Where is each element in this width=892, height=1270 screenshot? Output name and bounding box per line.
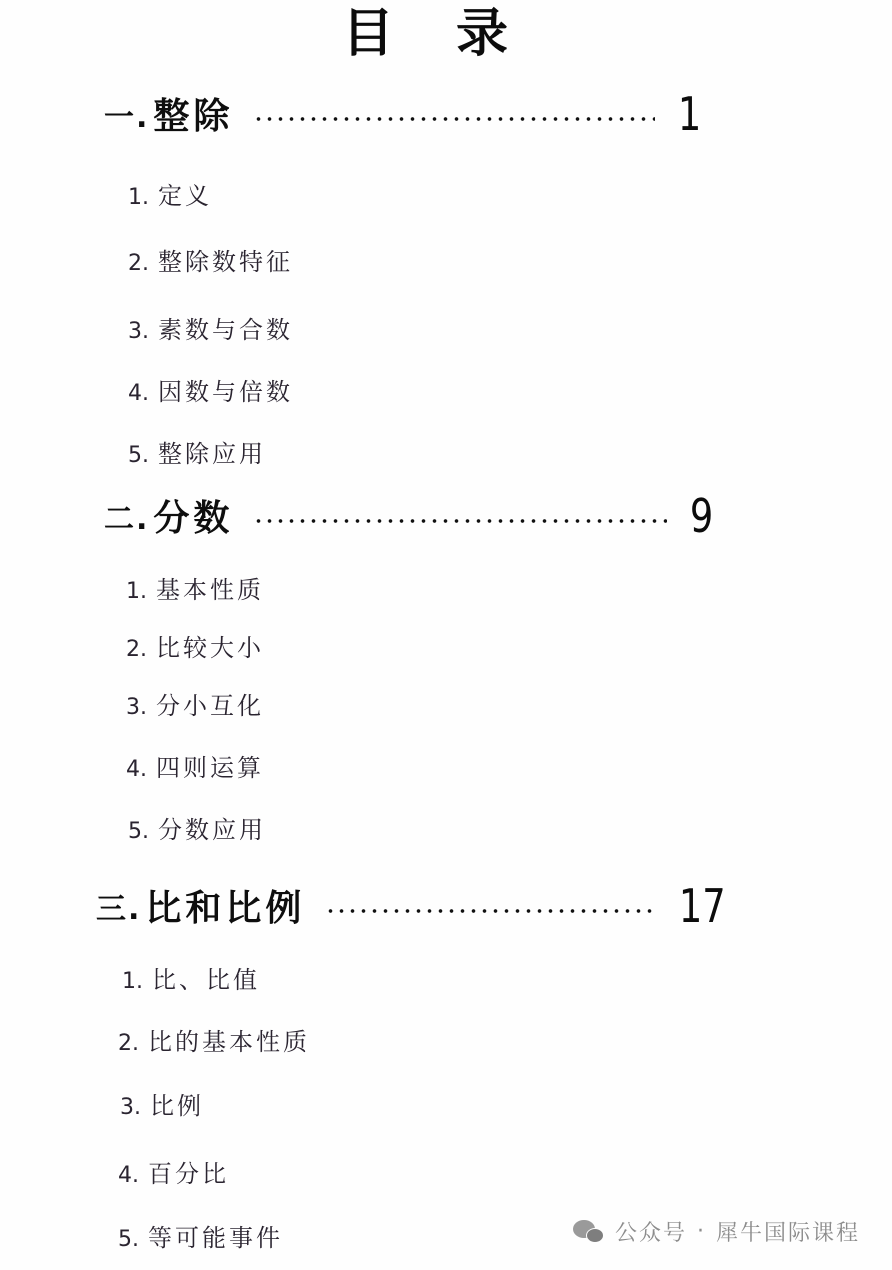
toc-item: 1. 比、比值 <box>122 960 260 995</box>
section-title: 比和比例 <box>145 880 305 931</box>
watermark-account: 犀牛国际课程 <box>716 1216 860 1247</box>
section-number: 二. <box>104 494 149 538</box>
section-heading-3: 三. 比和比例 17 <box>96 880 732 931</box>
section-heading-1: 一. 整除 1 <box>104 88 704 139</box>
page-title: 目 录 <box>0 2 892 66</box>
toc-item: 4. 因数与倍数 <box>128 372 293 407</box>
toc-item: 1. 定义 <box>128 176 212 211</box>
toc-item: 5. 分数应用 <box>128 810 266 845</box>
dot-leader <box>253 519 666 523</box>
section-page-number: 1 <box>678 91 701 137</box>
wechat-watermark: 公众号 · 犀牛国际课程 <box>573 1216 860 1247</box>
toc-item: 4. 百分比 <box>118 1154 229 1189</box>
toc-item: 3. 比例 <box>120 1086 204 1121</box>
section-number: 三. <box>96 884 141 928</box>
section-heading-2: 二. 分数 9 <box>104 490 716 541</box>
section-number: 一. <box>104 92 149 136</box>
dot-leader <box>325 909 653 913</box>
section-page-number: 17 <box>679 883 726 929</box>
toc-item: 3. 素数与合数 <box>128 310 293 345</box>
wechat-icon <box>573 1220 607 1244</box>
section-title: 分数 <box>153 490 233 541</box>
toc-item: 5. 整除应用 <box>128 434 266 469</box>
dot-leader <box>253 117 654 121</box>
toc-item: 2. 整除数特征 <box>128 242 293 277</box>
toc-item: 2. 比的基本性质 <box>118 1022 310 1057</box>
section-title: 整除 <box>153 88 233 139</box>
toc-item: 2. 比较大小 <box>126 628 264 663</box>
toc-item: 4. 四则运算 <box>126 748 264 783</box>
toc-item: 5. 等可能事件 <box>118 1218 283 1253</box>
watermark-prefix: 公众号 <box>615 1216 687 1247</box>
toc-item: 3. 分小互化 <box>126 686 264 721</box>
toc-page: 目 录 一. 整除 1 1. 定义 2. 整除数特征 3. 素数与合数 4. 因… <box>0 0 892 1270</box>
toc-item: 1. 基本性质 <box>126 570 264 605</box>
page-title-text: 目 录 <box>342 2 530 66</box>
watermark-separator: · <box>697 1219 706 1244</box>
section-page-number: 9 <box>690 493 713 539</box>
